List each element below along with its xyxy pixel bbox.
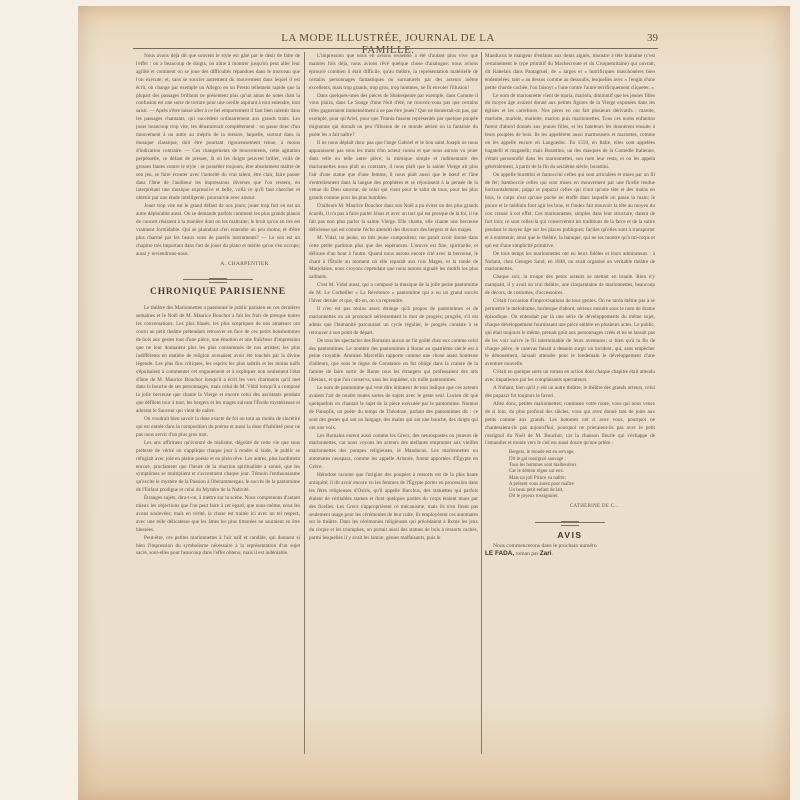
column-divider [304, 52, 305, 754]
paragraph: Peut-être, ces petites marionnettes à l'… [136, 535, 300, 559]
column-3: Manducus le mangeur d'enfants aux dents … [485, 53, 655, 558]
poem-signature: CATHERINE DE C... [485, 503, 655, 511]
paragraph: Il n'en est pas moins assez étrange qu'à… [309, 306, 478, 338]
paragraph: Nous avons déjà dit que souvent le style… [136, 53, 300, 203]
paragraph: Les uns affirment qu'écœuré de réalisme,… [136, 440, 300, 495]
page-header: LA MODE ILLUSTRÉE, JOURNAL DE LA FAMILLE… [133, 32, 658, 46]
paragraph: De tous les spectacles des Romains aucun… [309, 338, 478, 385]
header-rule [133, 48, 658, 49]
author-signature: A. CHARPENTIER. [136, 261, 300, 269]
paragraph: Hérodote raconte que l'origine des poupé… [309, 472, 478, 543]
paragraph: C'était l'occasion d'improvisations de t… [485, 298, 655, 369]
serial-author: Zari [540, 550, 552, 557]
page-number: 39 [647, 32, 658, 44]
column-1: Nous avons déjà dit que souvent le style… [136, 53, 300, 558]
paragraph: M. Vidal, un jeune, un très jeune compos… [309, 235, 478, 282]
paragraph: Les Romains eurent aussi comme les Grecs… [309, 433, 478, 473]
paragraph: On voudrait bien savoir la dose exacte d… [136, 416, 300, 440]
section-title: CHRONIQUE PARISIENNE [136, 289, 300, 297]
notice-body: Nous commencerons dans le prochain numér… [485, 542, 655, 558]
paragraph: A Nohant, bien qu'il y eût un autre théâ… [485, 385, 655, 401]
column-2: L'impression que nous en avions ressenti… [309, 53, 478, 543]
poem-line: Dit le joyeux rossignolet. [509, 494, 655, 500]
paragraph: C'était en quelque sorte un roman en act… [485, 369, 655, 385]
paragraph: Jouer trop vite est le grand défaut de n… [136, 203, 300, 258]
ornament-divider [535, 520, 605, 524]
poem: Bergers, le monde est en servage, Dit le… [509, 450, 655, 500]
paragraph: Manducus le mangeur d'enfants aux dents … [485, 53, 655, 93]
paragraph: De tous temps les marionnettes ont eu le… [485, 251, 655, 275]
paragraph: Allez donc, petites marionnettes; contin… [485, 401, 655, 448]
paragraph: Le nom de marionnette vient de maria, ma… [485, 93, 655, 172]
paragraph: On appelle burattini et fantoccini celle… [485, 172, 655, 251]
notice-by: roman par [516, 551, 539, 557]
paragraph: Le nom de pantomime qui veut dire imitat… [309, 385, 478, 432]
notice-title: AVIS [485, 532, 655, 540]
notice-text: Nous commencerons dans le prochain numér… [493, 543, 597, 549]
paragraph: Chaque soir, la troupe des petits acteur… [485, 274, 655, 298]
paragraph: Étranges sujets, dira-t-on, à mettre sur… [136, 495, 300, 535]
paragraph: L'impression que nous en avions ressenti… [309, 53, 478, 93]
paragraph: C'est M. Vidal aussi, qui a composé la m… [309, 282, 478, 306]
column-divider [481, 52, 482, 754]
notice-end: . [552, 551, 553, 557]
paragraph: Le théâtre des Marionnettes a passionné … [136, 305, 300, 416]
serial-title: LE FADA, [485, 550, 514, 557]
paragraph: Il ne nous déplaît donc pas que l'ange G… [309, 140, 478, 203]
paragraph: Dans quelques-unes des pièces de Shakesp… [309, 93, 478, 140]
ornament-divider [183, 277, 253, 281]
paragraph: D'ailleurs M. Maurice Bouchor dans son N… [309, 203, 478, 235]
